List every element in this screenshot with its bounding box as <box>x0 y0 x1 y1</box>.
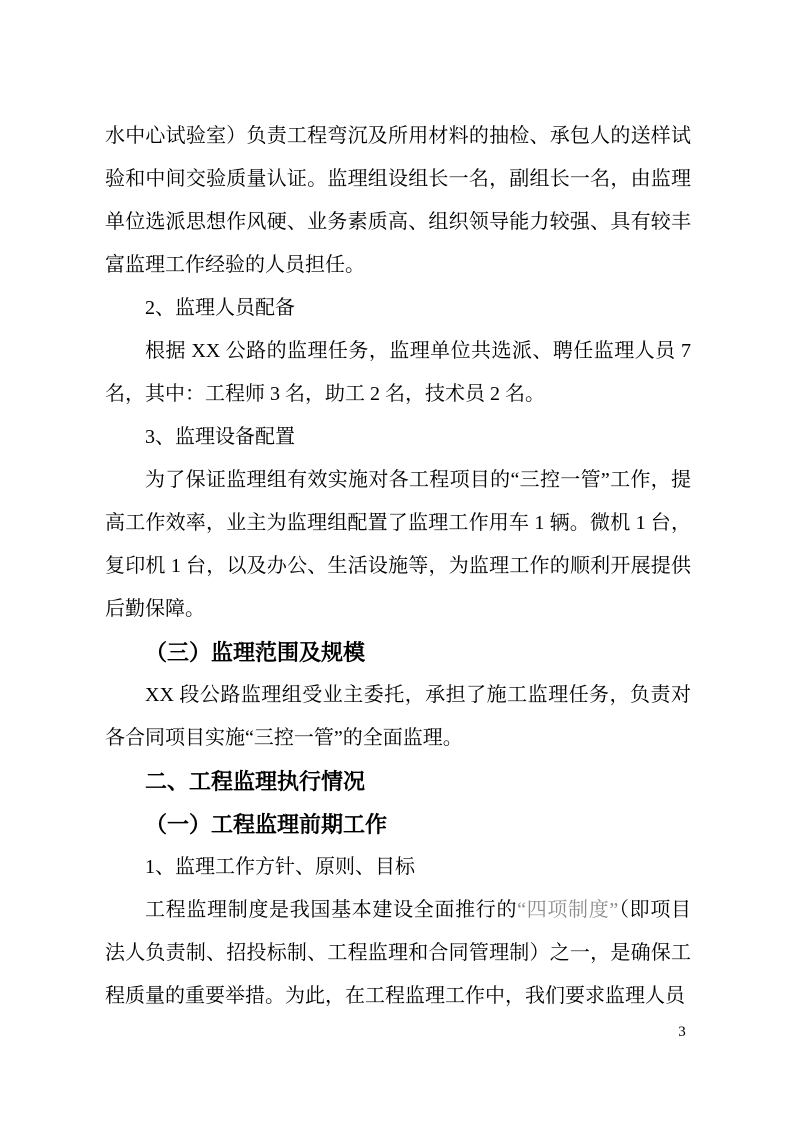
heading-staffing: 2、监理人员配备 <box>105 287 691 330</box>
paragraph-equipment: 为了保证监理组有效实施对各工程项目的“三控一管”工作，提高工作效率，业主为监理组… <box>105 459 691 631</box>
document-body: 水中心试验室）负责工程弯沉及所用材料的抽检、承包人的送样试验和中间交验质量认证。… <box>105 115 691 1018</box>
policy-text-before: 工程监理制度是我国基本建设全面推行的 <box>145 899 517 921</box>
heading-early-stage-work: （一）工程监理前期工作 <box>105 803 691 846</box>
document-page: 水中心试验室）负责工程弯沉及所用材料的抽检、承包人的送样试验和中间交验质量认证。… <box>0 0 794 1123</box>
heading-supervision-scope: （三）监理范围及规模 <box>105 631 691 674</box>
paragraph-supervision-system: 工程监理制度是我国基本建设全面推行的“四项制度”（即项目法人负责制、招投标制、工… <box>105 889 691 1018</box>
heading-section-two-execution: 二、工程监理执行情况 <box>105 760 691 803</box>
policy-highlighted-term: “四项制度” <box>517 899 618 921</box>
paragraph-supervision-scope: XX 段公路监理组受业主委托，承担了施工监理任务，负责对各合同项目实施“三控一管… <box>105 674 691 760</box>
heading-equipment: 3、监理设备配置 <box>105 416 691 459</box>
paragraph-lab-continuation: 水中心试验室）负责工程弯沉及所用材料的抽检、承包人的送样试验和中间交验质量认证。… <box>105 115 691 287</box>
page-number: 3 <box>640 1022 724 1042</box>
paragraph-staffing: 根据 XX 公路的监理任务，监理单位共选派、聘任监理人员 7 名，其中：工程师 … <box>105 330 691 416</box>
heading-policy-principles-goals: 1、监理工作方针、原则、目标 <box>105 846 691 889</box>
